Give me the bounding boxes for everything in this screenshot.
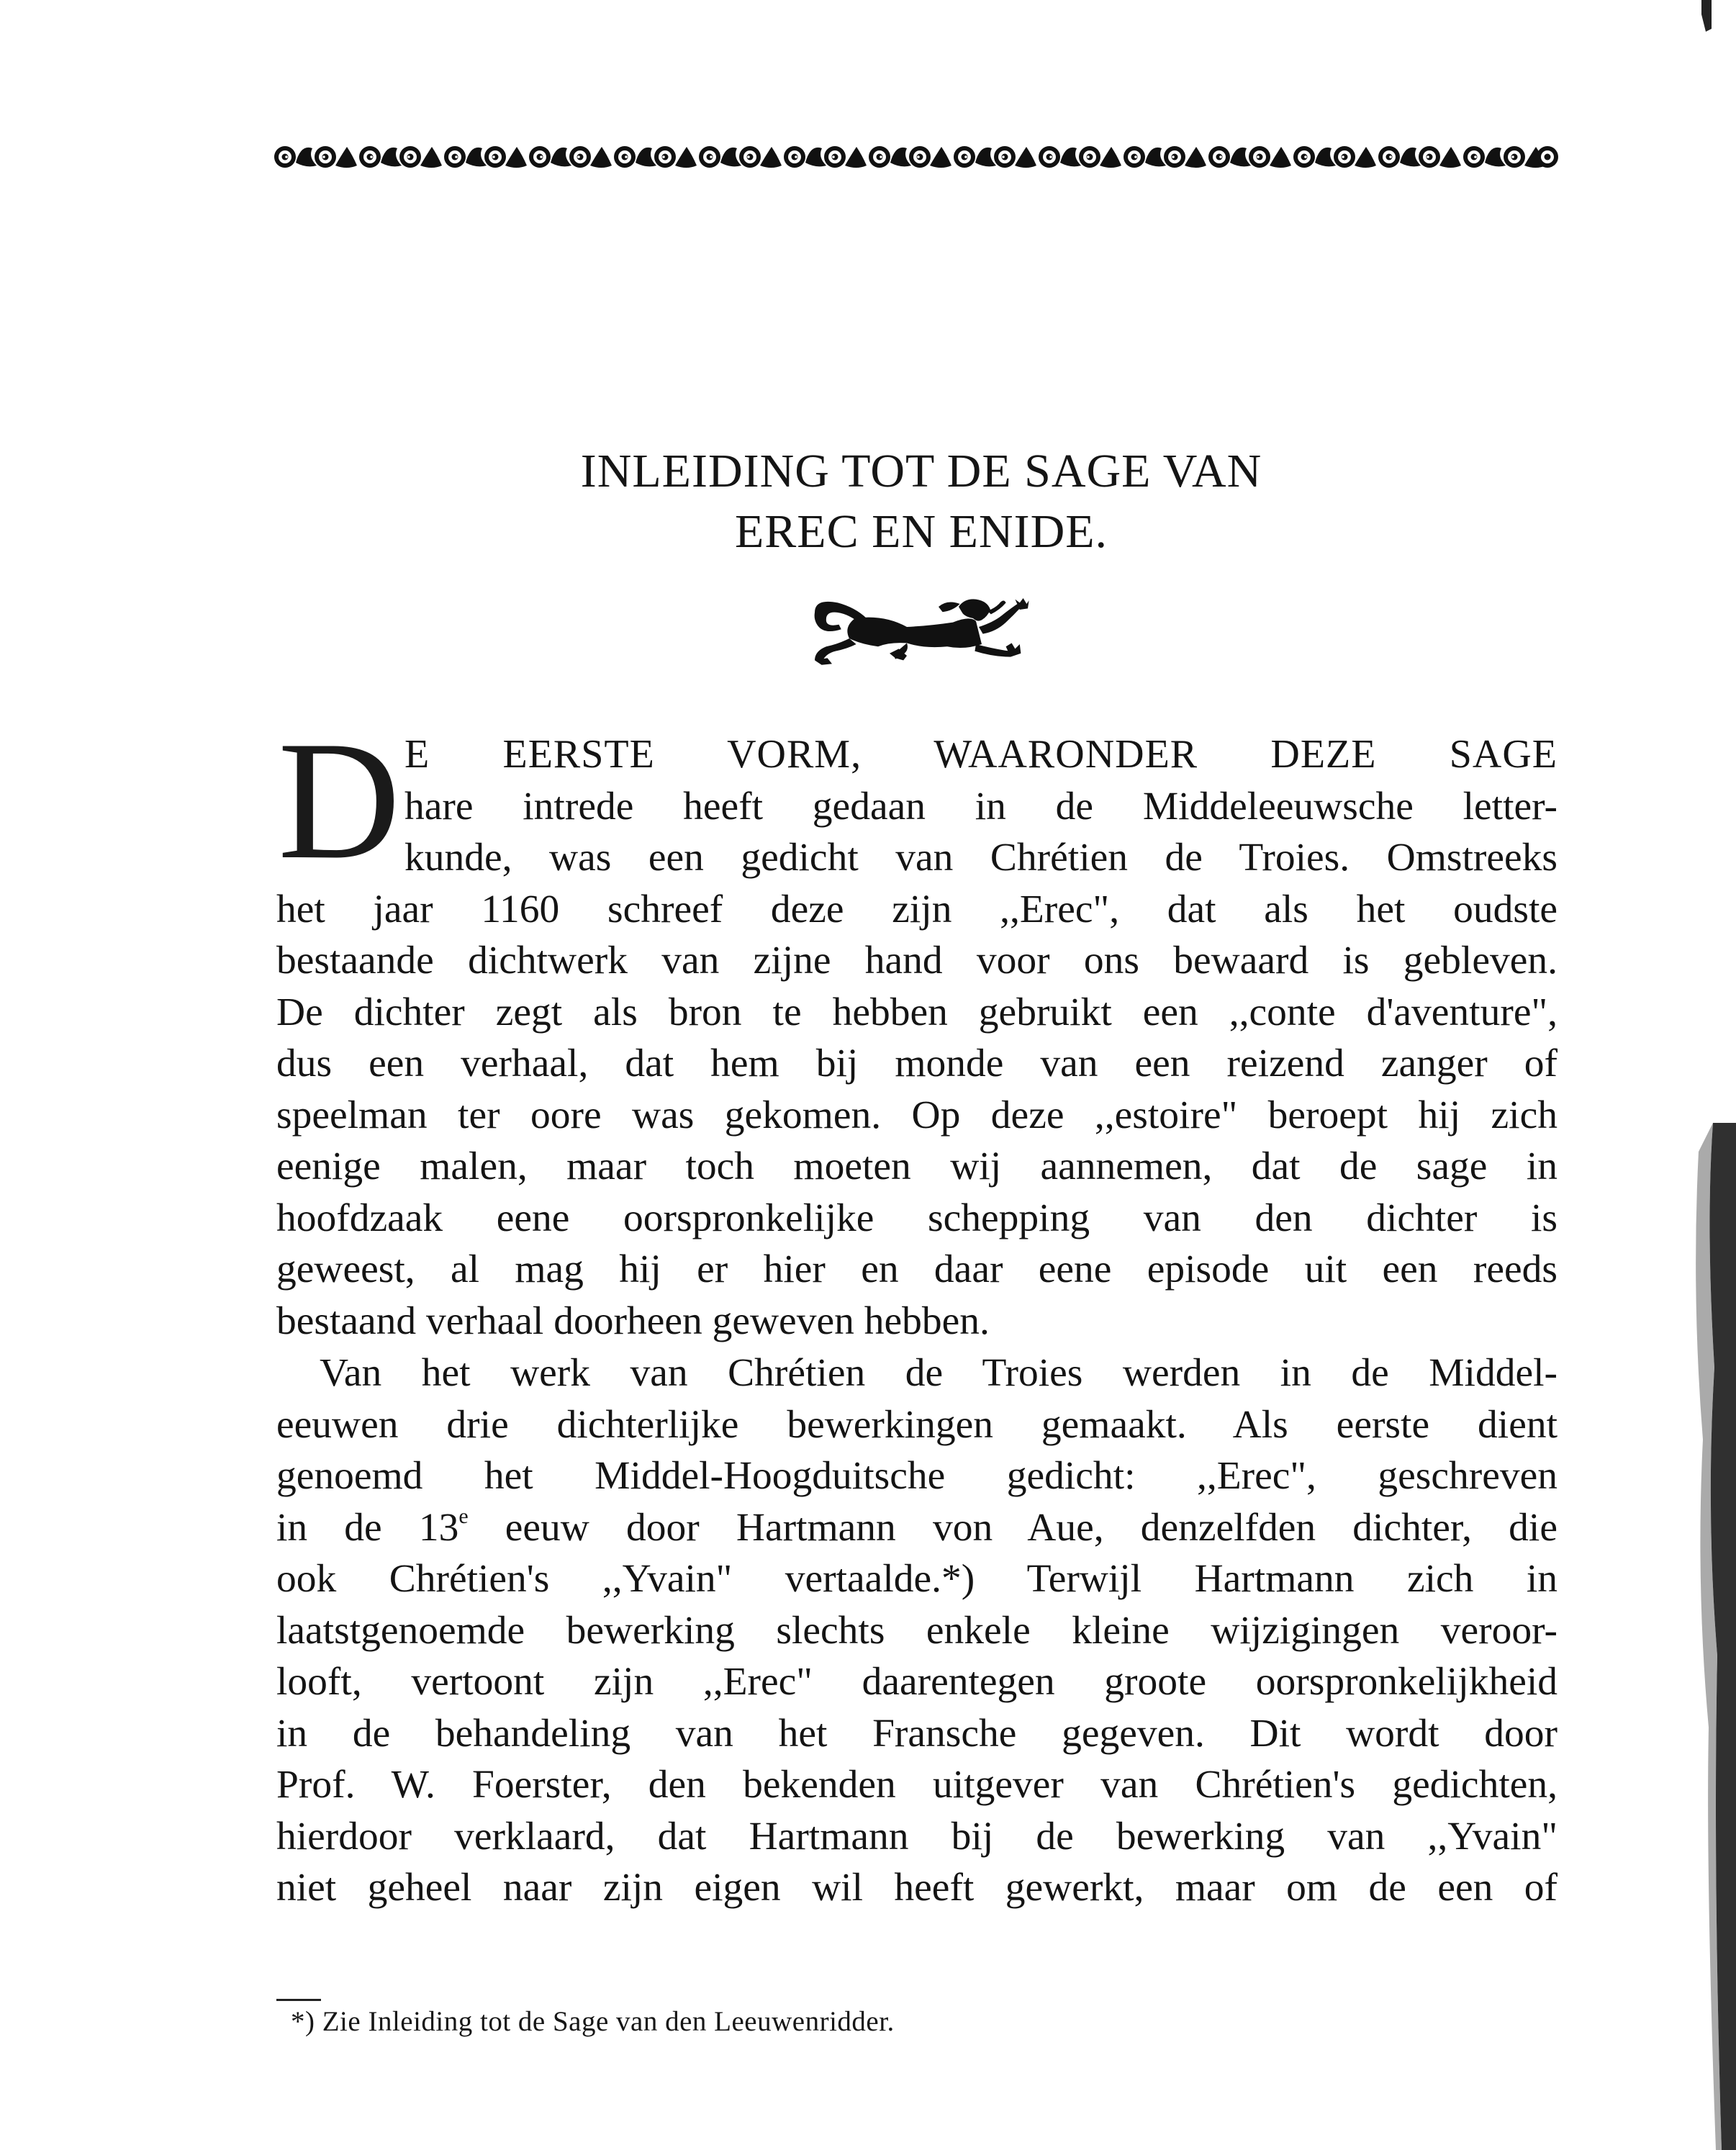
- footnote-rule: [276, 1999, 321, 2001]
- text-fragment: in de 13: [276, 1506, 458, 1550]
- scan-edge-artifact: [1655, 0, 1736, 2150]
- text-line: E EERSTE VORM, WAARONDER DEZE SAGE: [276, 729, 1558, 781]
- text-line: dus een verhaal, dat hem bij monde van e…: [276, 1038, 1558, 1090]
- text-line: genoemd het Middel-Hoogduitsche gedicht:…: [276, 1450, 1558, 1502]
- paragraph-1: E EERSTE VORM, WAARONDER DEZE SAGE hare …: [276, 729, 1558, 1347]
- heraldic-beast-icon: [777, 587, 1065, 673]
- text-line-with-superscript: in de 13e eeuw door Hartmann von Aue, de…: [276, 1502, 1558, 1554]
- text-line: hierdoor verklaard, dat Hartmann bij de …: [276, 1811, 1558, 1863]
- book-page: INLEIDING TOT DE SAGE VAN EREC EN ENIDE.: [0, 0, 1736, 2150]
- text-line: bestaand verhaal doorheen geweven hebben…: [276, 1296, 1558, 1347]
- text-line: De dichter zegt als bron te hebben gebru…: [276, 987, 1558, 1039]
- text-line: kunde, was een gedicht van Chrétien de T…: [276, 832, 1558, 884]
- text-line: looft, vertoont zijn ,,Erec" daarentegen…: [276, 1656, 1558, 1708]
- text-line: eenige malen, maar toch moeten wij aanne…: [276, 1141, 1558, 1193]
- paragraph-2: Van het werk van Chrétien de Troies werd…: [276, 1347, 1558, 1914]
- text-line: laatstgenoemde bewerking slechts enkele …: [276, 1605, 1558, 1657]
- text-line: het jaar 1160 schreef deze zijn ,,Erec",…: [276, 884, 1558, 936]
- text-line: hare intrede heeft gedaan in de Middelee…: [276, 781, 1558, 833]
- ordinal-superscript: e: [458, 1504, 468, 1528]
- text-line: niet geheel naar zijn eigen wil heeft ge…: [276, 1862, 1558, 1914]
- text-line: speelman ter oore was gekomen. Op deze ,…: [276, 1090, 1558, 1142]
- text-line: eeuwen drie dichterlijke bewerkingen gem…: [276, 1399, 1558, 1451]
- text-line: hoofdzaak eene oorspronkelijke schepping…: [276, 1193, 1558, 1245]
- text-line: in de behandeling van het Fransche gegev…: [276, 1708, 1558, 1760]
- text-line: geweest, al mag hij er hier en daar eene…: [276, 1244, 1558, 1296]
- text-line: Van het werk van Chrétien de Troies werd…: [276, 1347, 1558, 1399]
- text-line: bestaande dichtwerk van zijne hand voor …: [276, 935, 1558, 987]
- chapter-title-line-1: INLEIDING TOT DE SAGE VAN: [273, 448, 1569, 495]
- chapter-title-line-2: EREC EN ENIDE.: [273, 508, 1569, 556]
- text-line: ook Chrétien's ,,Yvain" vertaalde.*) Ter…: [276, 1553, 1558, 1605]
- ornamental-border-icon: [272, 141, 1560, 173]
- footnote: *) Zie Inleiding tot de Sage van den Lee…: [291, 2005, 895, 2038]
- text-line: Prof. W. Foerster, den bekenden uitgever…: [276, 1759, 1558, 1811]
- text-fragment: eeuw door Hartmann von Aue, denzelfden d…: [469, 1506, 1558, 1550]
